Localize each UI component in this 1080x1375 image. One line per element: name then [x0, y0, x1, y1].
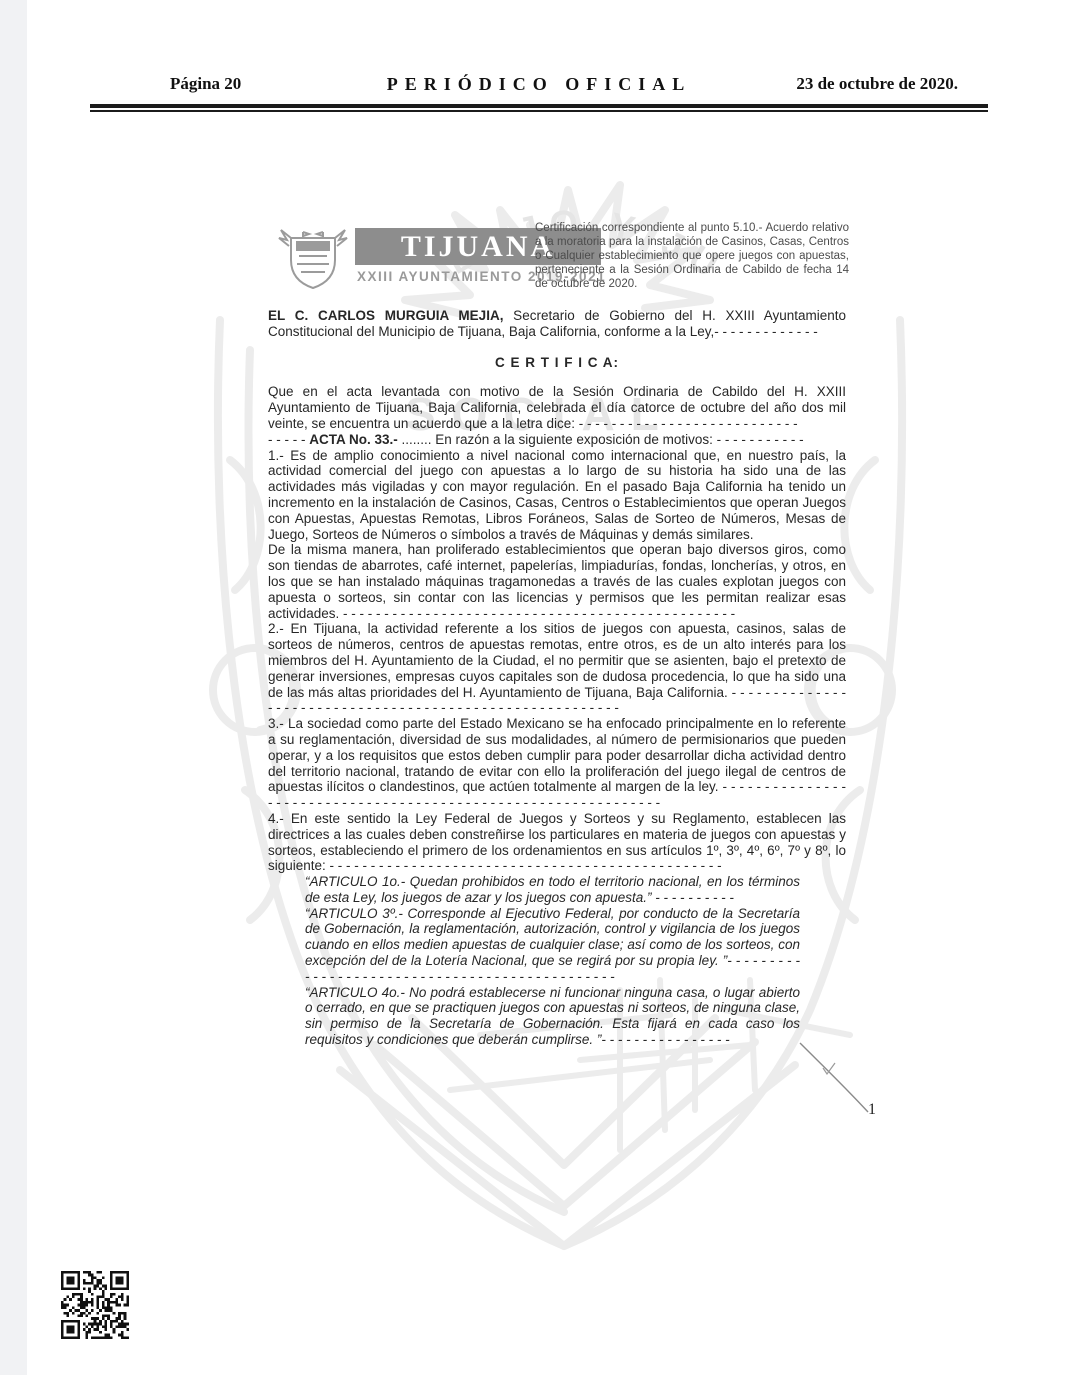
acta-number: ACTA No. 33.-: [309, 432, 398, 447]
scanner-edge-strip: [0, 0, 27, 1375]
header-rule: [90, 104, 988, 112]
document-body: EL C. CARLOS MURGUIA MEJIA, Secretario d…: [268, 308, 846, 1048]
motive-paragraph-3: 3.- La sociedad como parte del Estado Me…: [268, 716, 846, 811]
motive-paragraph-1b: De la misma manera, han proliferado esta…: [268, 542, 846, 621]
pen-stroke-marks: [790, 1035, 900, 1135]
certifica-heading: C E R T I F I C A:: [268, 355, 846, 371]
certification-note: Certificación correspondiente al punto 5…: [535, 221, 849, 291]
articulo-4-quote: “ARTICULO 4o.- No podrá establecerse ni …: [305, 985, 800, 1048]
qr-code: [61, 1271, 129, 1339]
acta-number-line: - - - - - ACTA No. 33.- ........ En razó…: [268, 432, 846, 448]
articulo-3-quote: “ARTICULO 3º.- Corresponde al Ejecutivo …: [305, 906, 800, 985]
page-header: Página 20 PERIÓDICO OFICIAL 23 de octubr…: [90, 74, 988, 100]
issue-date: 23 de octubre de 2020.: [796, 74, 958, 94]
sheet-number: 1: [868, 1101, 876, 1119]
secretary-name: EL C. CARLOS MURGUIA MEJIA,: [268, 308, 503, 323]
acta-intro-paragraph: Que en el acta levantada con motivo de l…: [268, 384, 846, 431]
intro-paragraph: EL C. CARLOS MURGUIA MEJIA, Secretario d…: [268, 308, 846, 340]
tijuana-crest-icon: [273, 226, 353, 292]
articulo-1-quote: “ARTICULO 1o.- Quedan prohibidos en todo…: [305, 874, 800, 906]
gazette-page: BAJO Y JUS SOCIAL Página 20 PERIÓDICO OF…: [0, 0, 1080, 1375]
motive-paragraph-4: 4.- En este sentido la Ley Federal de Ju…: [268, 811, 846, 874]
motive-paragraph-2: 2.- En Tijuana, la actividad referente a…: [268, 621, 846, 716]
motive-paragraph-1: 1.- Es de amplio conocimiento a nivel na…: [268, 448, 846, 543]
